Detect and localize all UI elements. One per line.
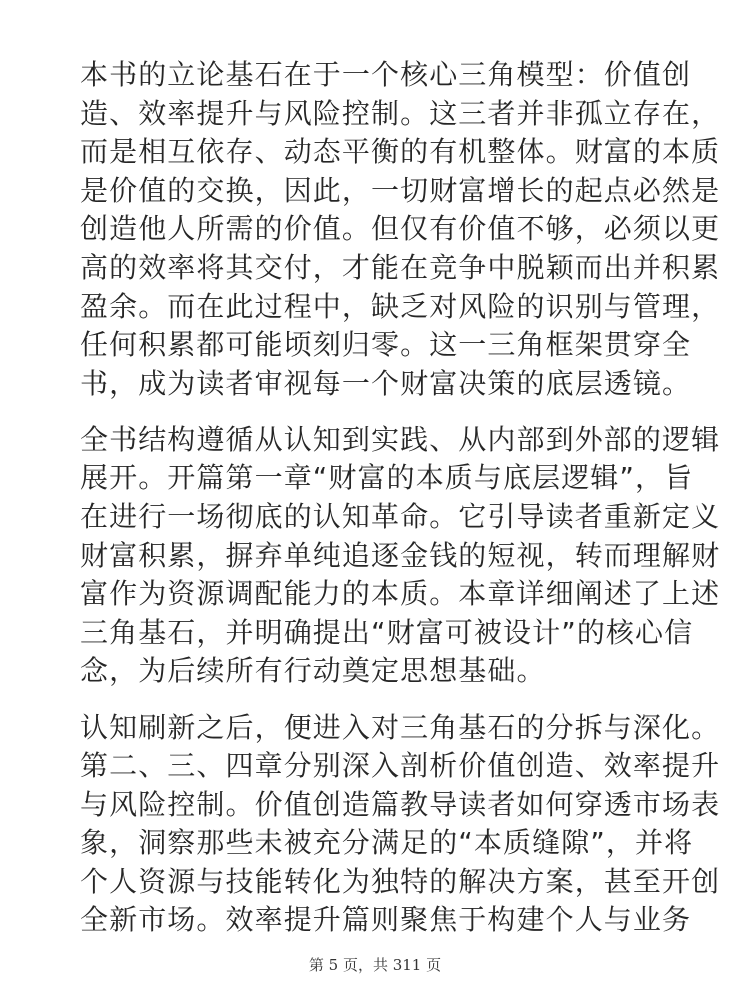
paragraph-1: 本书的立论基石在于一个核心三角模型：价值创 造、效率提升与风险控制。这三者并非孤… (80, 56, 670, 403)
text-line: 而是相互依存、动态平衡的有机整体。财富的本质 (80, 133, 670, 172)
text-line: 造、效率提升与风险控制。这三者并非孤立存在， (80, 95, 670, 134)
text-line: 是价值的交换，因此，一切财富增长的起点必然是 (80, 172, 670, 211)
text-line: 财富积累，摒弃单纯追逐金钱的短视，转而理解财 (80, 537, 670, 576)
paragraph-2: 全书结构遵循从认知到实践、从内部到外部的逻辑 展开。开篇第一章“财富的本质与底层… (80, 421, 670, 691)
text-line: 高的效率将其交付，才能在竞争中脱颖而出并积累 (80, 249, 670, 288)
text-line: 念，为后续所有行动奠定思想基础。 (80, 652, 670, 691)
text-line: 象，洞察那些未被充分满足的“本质缝隙”，并将 (80, 824, 670, 863)
text-line: 三角基石，并明确提出“财富可被设计”的核心信 (80, 614, 670, 653)
paragraph-3: 认知刷新之后，便进入对三角基石的分拆与深化。 第二、三、四章分别深入剖析价值创造… (80, 709, 670, 941)
text-line: 全书结构遵循从认知到实践、从内部到外部的逻辑 (80, 421, 670, 460)
text-line: 全新市场。效率提升篇则聚焦于构建个人与业务 (80, 901, 670, 940)
text-line: 认知刷新之后，便进入对三角基石的分拆与深化。 (80, 709, 670, 748)
text-line: 在进行一场彻底的认知革命。它引导读者重新定义 (80, 498, 670, 537)
text-line: 任何积累都可能顷刻归零。这一三角框架贯穿全 (80, 326, 670, 365)
text-line: 个人资源与技能转化为独特的解决方案，甚至开创 (80, 863, 670, 902)
text-line: 创造他人所需的价值。但仅有价值不够，必须以更 (80, 210, 670, 249)
text-line: 书，成为读者审视每一个财富决策的底层透镜。 (80, 365, 670, 404)
text-line: 第二、三、四章分别深入剖析价值创造、效率提升 (80, 747, 670, 786)
text-line: 本书的立论基石在于一个核心三角模型：价值创 (80, 56, 670, 95)
text-line: 盈余。而在此过程中，缺乏对风险的识别与管理， (80, 288, 670, 327)
text-line: 展开。开篇第一章“财富的本质与底层逻辑”，旨 (80, 459, 670, 498)
text-line: 富作为资源调配能力的本质。本章详细阐述了上述 (80, 575, 670, 614)
document-page: 本书的立论基石在于一个核心三角模型：价值创 造、效率提升与风险控制。这三者并非孤… (80, 56, 670, 958)
page-indicator: 第 5 页，共 311 页 (0, 954, 750, 975)
text-line: 与风险控制。价值创造篇教导读者如何穿透市场表 (80, 786, 670, 825)
